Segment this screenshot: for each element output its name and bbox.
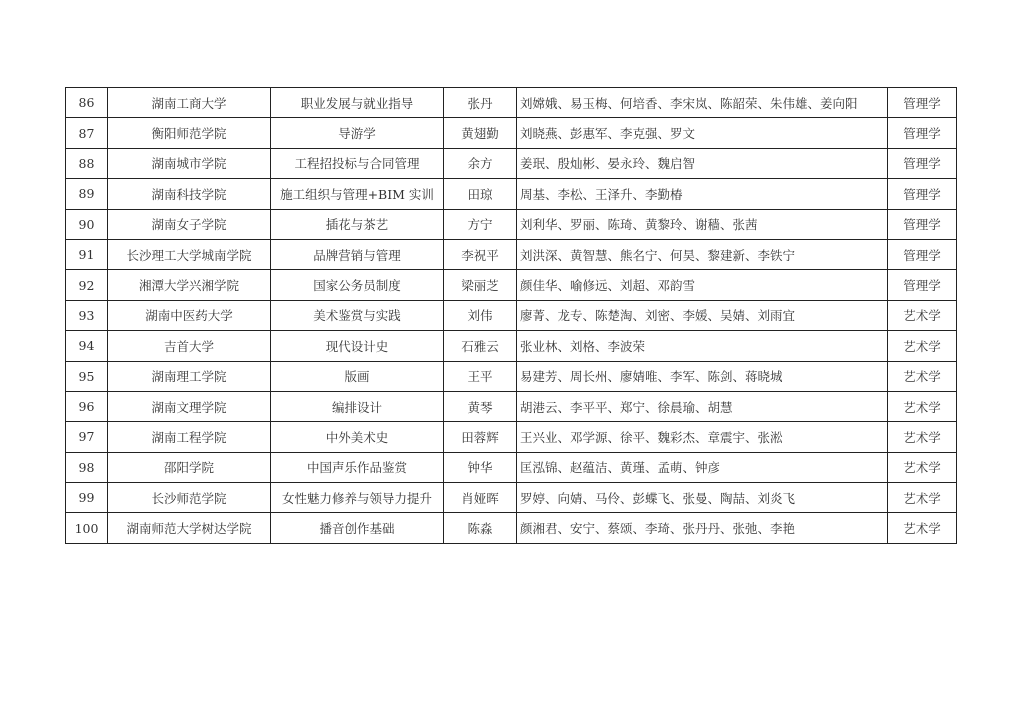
subject-category: 艺术学 — [888, 391, 957, 421]
course-name: 中国声乐作品鉴赏 — [271, 452, 444, 482]
table-row: 96湖南文理学院编排设计黄琴胡港云、李平平、郑宁、徐晨瑜、胡慧艺术学 — [66, 391, 957, 421]
course-lead: 陈淼 — [444, 513, 517, 543]
course-name: 插花与茶艺 — [271, 209, 444, 239]
team-members: 刘晓燕、彭惠军、李克强、罗文 — [517, 118, 888, 148]
team-members: 廖菁、龙专、陈楚淘、刘密、李媛、吴婧、刘雨宜 — [517, 300, 888, 330]
school-name: 邵阳学院 — [108, 452, 271, 482]
team-members: 周基、李松、王泽升、李勤椿 — [517, 179, 888, 209]
course-name: 职业发展与就业指导 — [271, 88, 444, 118]
row-number: 91 — [66, 239, 108, 269]
subject-category: 管理学 — [888, 179, 957, 209]
team-members: 罗婷、向婧、马伶、彭蝶飞、张曼、陶喆、刘炎飞 — [517, 483, 888, 513]
course-name: 施工组织与管理+BIM 实训 — [271, 179, 444, 209]
school-name: 长沙师范学院 — [108, 483, 271, 513]
course-name: 中外美术史 — [271, 422, 444, 452]
school-name: 衡阳师范学院 — [108, 118, 271, 148]
school-name: 湖南工程学院 — [108, 422, 271, 452]
row-number: 95 — [66, 361, 108, 391]
row-number: 90 — [66, 209, 108, 239]
table-row: 88湖南城市学院工程招投标与合同管理余方姜珉、殷灿彬、晏永玲、魏启智管理学 — [66, 148, 957, 178]
course-name: 现代设计史 — [271, 331, 444, 361]
team-members: 刘洪深、黄智慧、熊名宁、何昊、黎建新、李铁宁 — [517, 239, 888, 269]
team-members: 颜佳华、喻修远、刘超、邓韵雪 — [517, 270, 888, 300]
school-name: 湖南师范大学树达学院 — [108, 513, 271, 543]
table-row: 87衡阳师范学院导游学黄翅勤刘晓燕、彭惠军、李克强、罗文管理学 — [66, 118, 957, 148]
subject-category: 艺术学 — [888, 361, 957, 391]
team-members: 王兴业、邓学源、徐平、魏彩杰、章震宇、张淞 — [517, 422, 888, 452]
course-lead: 王平 — [444, 361, 517, 391]
row-number: 89 — [66, 179, 108, 209]
school-name: 湖南工商大学 — [108, 88, 271, 118]
school-name: 湖南城市学院 — [108, 148, 271, 178]
course-name: 导游学 — [271, 118, 444, 148]
school-name: 吉首大学 — [108, 331, 271, 361]
row-number: 86 — [66, 88, 108, 118]
table-row: 90湖南女子学院插花与茶艺方宁刘利华、罗丽、陈琦、黄黎玲、谢穑、张茜管理学 — [66, 209, 957, 239]
course-lead: 梁丽芝 — [444, 270, 517, 300]
subject-category: 管理学 — [888, 270, 957, 300]
table-row: 95湖南理工学院版画王平易建芳、周长州、廖婧唯、李军、陈剑、蒋晓城艺术学 — [66, 361, 957, 391]
course-lead: 钟华 — [444, 452, 517, 482]
row-number: 97 — [66, 422, 108, 452]
course-name: 国家公务员制度 — [271, 270, 444, 300]
team-members: 刘利华、罗丽、陈琦、黄黎玲、谢穑、张茜 — [517, 209, 888, 239]
row-number: 99 — [66, 483, 108, 513]
school-name: 湖南中医药大学 — [108, 300, 271, 330]
subject-category: 艺术学 — [888, 300, 957, 330]
course-lead: 李祝平 — [444, 239, 517, 269]
course-lead: 张丹 — [444, 88, 517, 118]
table-row: 97湖南工程学院中外美术史田蓉辉王兴业、邓学源、徐平、魏彩杰、章震宇、张淞艺术学 — [66, 422, 957, 452]
table-row: 91长沙理工大学城南学院品牌营销与管理李祝平刘洪深、黄智慧、熊名宁、何昊、黎建新… — [66, 239, 957, 269]
subject-category: 管理学 — [888, 88, 957, 118]
row-number: 93 — [66, 300, 108, 330]
course-lead: 石雅云 — [444, 331, 517, 361]
table-row: 100湖南师范大学树达学院播音创作基础陈淼颜湘君、安宁、蔡颂、李琦、张丹丹、张弛… — [66, 513, 957, 543]
team-members: 匡泓锦、赵蕴洁、黄瑾、孟萌、钟彦 — [517, 452, 888, 482]
course-name: 版画 — [271, 361, 444, 391]
school-name: 湘潭大学兴湘学院 — [108, 270, 271, 300]
course-lead: 黄翅勤 — [444, 118, 517, 148]
subject-category: 艺术学 — [888, 331, 957, 361]
subject-category: 管理学 — [888, 239, 957, 269]
row-number: 96 — [66, 391, 108, 421]
row-number: 87 — [66, 118, 108, 148]
subject-category: 管理学 — [888, 148, 957, 178]
subject-category: 艺术学 — [888, 452, 957, 482]
course-name: 编排设计 — [271, 391, 444, 421]
table-row: 99长沙师范学院女性魅力修养与领导力提升肖娅晖罗婷、向婧、马伶、彭蝶飞、张曼、陶… — [66, 483, 957, 513]
subject-category: 管理学 — [888, 209, 957, 239]
team-members: 颜湘君、安宁、蔡颂、李琦、张丹丹、张弛、李艳 — [517, 513, 888, 543]
roster-body: 86湖南工商大学职业发展与就业指导张丹刘嫦娥、易玉梅、何培香、李宋岚、陈韶荣、朱… — [66, 88, 957, 544]
course-name: 女性魅力修养与领导力提升 — [271, 483, 444, 513]
team-members: 刘嫦娥、易玉梅、何培香、李宋岚、陈韶荣、朱伟雄、姜向阳 — [517, 88, 888, 118]
table-row: 93湖南中医药大学美术鉴赏与实践刘伟廖菁、龙专、陈楚淘、刘密、李媛、吴婧、刘雨宜… — [66, 300, 957, 330]
course-lead: 黄琴 — [444, 391, 517, 421]
course-roster-table: 86湖南工商大学职业发展与就业指导张丹刘嫦娥、易玉梅、何培香、李宋岚、陈韶荣、朱… — [65, 87, 957, 544]
table-row: 89湖南科技学院施工组织与管理+BIM 实训田琼周基、李松、王泽升、李勤椿管理学 — [66, 179, 957, 209]
row-number: 92 — [66, 270, 108, 300]
course-lead: 刘伟 — [444, 300, 517, 330]
school-name: 湖南理工学院 — [108, 361, 271, 391]
school-name: 湖南文理学院 — [108, 391, 271, 421]
subject-category: 管理学 — [888, 118, 957, 148]
team-members: 胡港云、李平平、郑宁、徐晨瑜、胡慧 — [517, 391, 888, 421]
table-row: 86湖南工商大学职业发展与就业指导张丹刘嫦娥、易玉梅、何培香、李宋岚、陈韶荣、朱… — [66, 88, 957, 118]
school-name: 长沙理工大学城南学院 — [108, 239, 271, 269]
course-lead: 肖娅晖 — [444, 483, 517, 513]
row-number: 98 — [66, 452, 108, 482]
team-members: 张业林、刘格、李波荣 — [517, 331, 888, 361]
school-name: 湖南科技学院 — [108, 179, 271, 209]
course-name: 品牌营销与管理 — [271, 239, 444, 269]
course-lead: 田琼 — [444, 179, 517, 209]
subject-category: 艺术学 — [888, 513, 957, 543]
subject-category: 艺术学 — [888, 483, 957, 513]
course-lead: 田蓉辉 — [444, 422, 517, 452]
row-number: 88 — [66, 148, 108, 178]
subject-category: 艺术学 — [888, 422, 957, 452]
school-name: 湖南女子学院 — [108, 209, 271, 239]
course-lead: 方宁 — [444, 209, 517, 239]
course-name: 美术鉴赏与实践 — [271, 300, 444, 330]
course-lead: 余方 — [444, 148, 517, 178]
table-row: 92湘潭大学兴湘学院国家公务员制度梁丽芝颜佳华、喻修远、刘超、邓韵雪管理学 — [66, 270, 957, 300]
team-members: 姜珉、殷灿彬、晏永玲、魏启智 — [517, 148, 888, 178]
row-number: 100 — [66, 513, 108, 543]
team-members: 易建芳、周长州、廖婧唯、李军、陈剑、蒋晓城 — [517, 361, 888, 391]
table-row: 94吉首大学现代设计史石雅云张业林、刘格、李波荣艺术学 — [66, 331, 957, 361]
course-name: 工程招投标与合同管理 — [271, 148, 444, 178]
row-number: 94 — [66, 331, 108, 361]
course-name: 播音创作基础 — [271, 513, 444, 543]
table-row: 98邵阳学院中国声乐作品鉴赏钟华匡泓锦、赵蕴洁、黄瑾、孟萌、钟彦艺术学 — [66, 452, 957, 482]
